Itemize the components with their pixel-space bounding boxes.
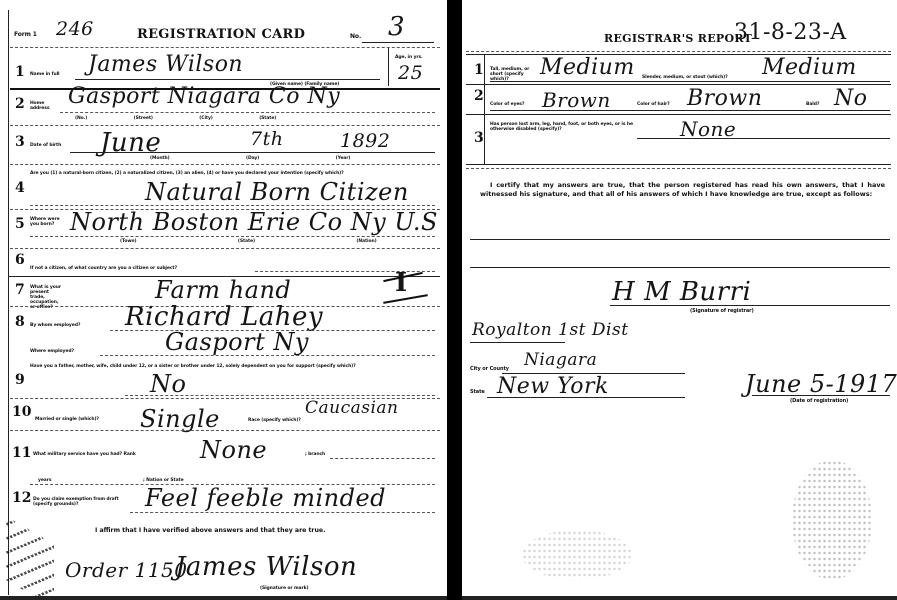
field-number: 2 [15, 96, 25, 112]
field-value-build: Medium [762, 55, 857, 80]
field-label-height: Tall, medium, or short (specify which)? [490, 67, 535, 82]
registrar-report-title: REGISTRAR'S REPORT [604, 32, 752, 45]
field-value-name: James Wilson [88, 52, 243, 77]
field-label-dependents: Have you a father, mother, wife, child u… [30, 364, 435, 369]
card-number: 3 [388, 12, 405, 42]
field-value-bald: No [834, 86, 868, 111]
city-label: City or County [470, 367, 509, 372]
serial-number: 246 [56, 18, 94, 40]
field-number: 10 [12, 404, 31, 420]
age-label: Age, in yrs. [395, 55, 435, 60]
occupation-mark: I [395, 268, 408, 298]
field-label-bald: Bald? [806, 102, 819, 107]
report-code: 31-8-23-A [734, 20, 847, 45]
field-label-nation-state: ; Nation or State [143, 478, 184, 483]
field-value-height: Medium [540, 55, 635, 80]
card-border [8, 10, 9, 595]
field-label-birthplace: Where were you born? [30, 217, 65, 227]
field-number: 5 [15, 216, 25, 232]
field-number: 1 [15, 64, 25, 80]
field-value-birthplace: North Boston Erie Co Ny U.S [70, 208, 438, 236]
field-number: 11 [12, 445, 31, 461]
signature-caption: (Signature or mark) [260, 586, 308, 591]
field-value-dependents: No [150, 370, 186, 398]
field-number: 4 [15, 180, 25, 196]
field-label-employer: By whom employed? [30, 323, 90, 328]
field-sublabel-dob: (Month) (Day) (Year) [150, 156, 410, 161]
field-label-name: Name in full [30, 72, 75, 77]
age-value: 25 [398, 62, 423, 84]
registration-card-front: Form 1 246 REGISTRATION CARD No. 3 1 Nam… [0, 0, 447, 600]
state-value: New York [497, 374, 609, 399]
scan-noise [792, 460, 872, 580]
field-label-hair: Color of hair? [637, 102, 670, 107]
field-label-foreign-citizen: If not a citizen, of what country are yo… [30, 266, 270, 271]
field-value-occupation: Farm hand [155, 276, 291, 304]
field-sublabel-home: (No.) (Street) (City) (State) [75, 116, 415, 121]
field-label-race: Race (specify which)? [248, 418, 323, 423]
dob-year: 1892 [340, 130, 390, 152]
field-label-military: What military service have you had? Rank [33, 452, 193, 457]
city-value: Niagara [524, 350, 597, 370]
field-label-marital: Married or single (which)? [35, 417, 125, 422]
precinct-value: Royalton 1st Dist [472, 320, 629, 340]
field-label-years: years [38, 478, 51, 483]
field-label-citizenship: Are you (1) a natural-born citizen, (2) … [30, 171, 435, 176]
field-label-dob: Date of birth [30, 143, 70, 148]
field-number: 3 [474, 130, 484, 146]
field-label-exemption: Do you claim exemption from draft (speci… [33, 497, 133, 507]
dob-day: 7th [250, 128, 283, 150]
field-number: 7 [15, 282, 25, 298]
card-title: REGISTRATION CARD [137, 27, 305, 42]
number-label: No. [350, 34, 361, 39]
stamp-mark [6, 516, 54, 600]
signature-prefix: Order 1150 [65, 558, 187, 582]
registration-card-back: REGISTRAR'S REPORT 31-8-23-A 1 Tall, med… [462, 0, 897, 600]
field-number: 3 [15, 134, 25, 150]
field-label-eyes: Color of eyes? [490, 102, 524, 107]
field-sublabel-birthplace: (Town) (State) (Nation) [120, 239, 420, 244]
field-number: 9 [15, 372, 25, 388]
field-label-build: Slender, medium, or stout (which)? [642, 75, 742, 80]
field-number: 2 [474, 88, 484, 104]
field-number: 12 [12, 490, 31, 506]
field-number: 1 [474, 62, 484, 78]
field-label-employment-place: Where employed? [30, 349, 90, 354]
scan-noise [522, 530, 632, 580]
registrant-signature: James Wilson [175, 552, 357, 582]
field-number: 6 [15, 252, 25, 268]
field-label-branch: ; branch [305, 452, 325, 457]
field-value-employment-place: Gasport Ny [165, 328, 309, 356]
field-value-home: Gasport Niagara Co Ny [68, 84, 340, 109]
field-number: 8 [15, 314, 25, 330]
field-value-exemption: Feel feeble minded [145, 484, 386, 512]
state-label: State [470, 390, 485, 395]
certification-text: I certify that my answers are true, that… [480, 181, 885, 198]
dob-month: June [100, 128, 161, 158]
form-label: Form 1 [14, 32, 37, 37]
registration-date: June 5-1917 [745, 370, 897, 398]
field-value-race: Caucasian [305, 398, 399, 418]
registrar-caption: (Signature of registrar) [690, 309, 754, 314]
registrar-signature: H M Burri [612, 277, 751, 307]
field-label-disability: Has person lost arm, leg, hand, foot, or… [490, 122, 635, 132]
field-value-citizenship: Natural Born Citizen [145, 178, 409, 206]
field-value-hair: Brown [687, 86, 762, 111]
field-value-marital: Single [140, 405, 220, 433]
field-value-military: None [200, 436, 267, 464]
field-value-eyes: Brown [542, 88, 611, 112]
field-label-home: Home address [30, 101, 60, 111]
date-caption: (Date of registration) [790, 399, 848, 404]
affirmation-text: I affirm that I have verified above answ… [95, 527, 415, 536]
